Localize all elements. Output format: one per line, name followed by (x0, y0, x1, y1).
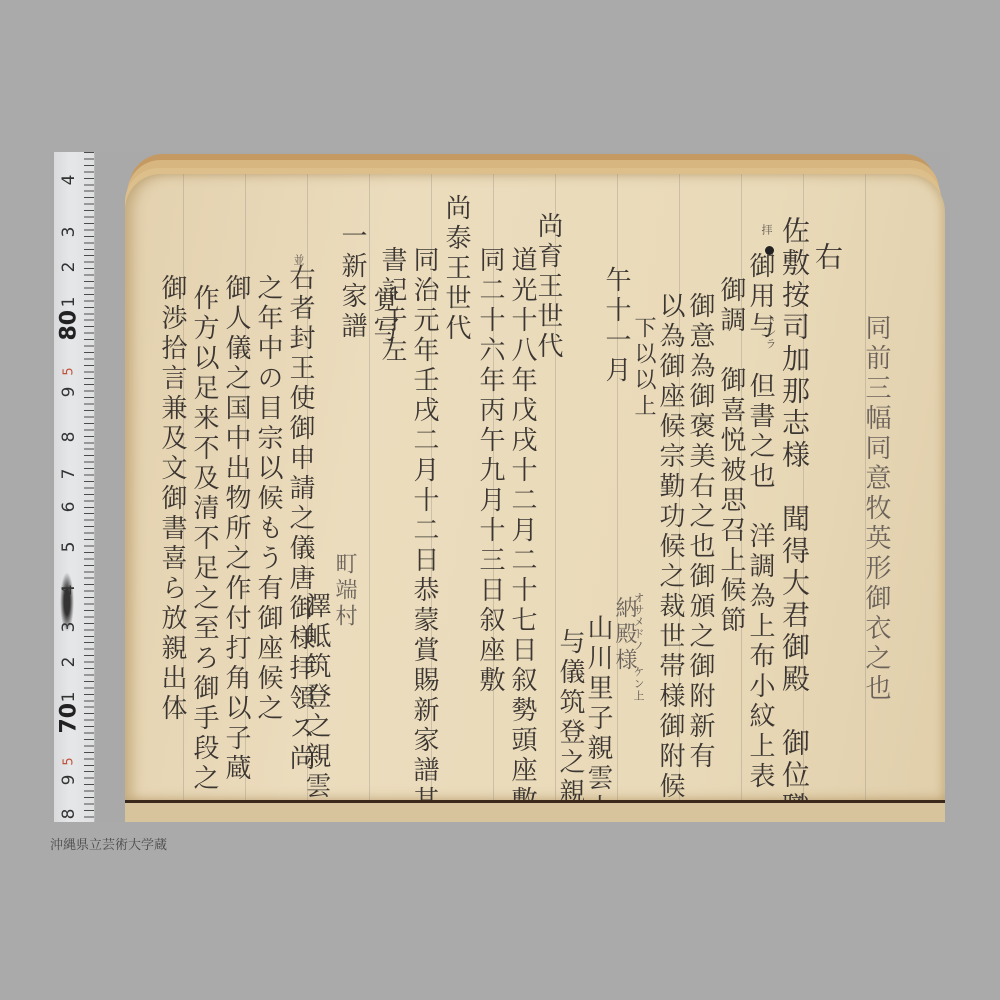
manuscript-column: 同治元年壬戌二月十二日恭蒙賞賜新家譜其 (411, 246, 437, 800)
manuscript-column: 尚泰王世代 (443, 194, 469, 344)
ruled-line (369, 174, 370, 800)
manuscript-column: 右 (813, 242, 841, 274)
manuscript-column: 作方以足来不及清不足之至ろ御手段之 (191, 284, 217, 794)
manuscript-column: 澤岻筑登之親雲上 (303, 592, 329, 800)
manuscript-column: 尚育王世代 (535, 212, 561, 362)
side-note: オサメドノ ケン上 (633, 592, 644, 702)
ruler-number: 8 (59, 426, 79, 448)
manuscript-column: 御意為御褒美右之也御頒之御附新有 (687, 292, 713, 772)
manuscript-column: 山川里子親雲上 (585, 614, 611, 800)
manuscript-column: 与儀筑登之親雲上 (557, 628, 583, 800)
head-note: 拝 (761, 224, 772, 236)
ruler-number: 2 (59, 651, 79, 673)
head-note: 町端村 (333, 552, 355, 630)
measuring-ruler: 4 3 2 1 80 5 9 8 7 6 5 4 3 2 1 70 5 9 8 (54, 152, 95, 822)
ruler-number: 7 (59, 463, 79, 485)
ruler-number: 80 (57, 319, 82, 341)
manuscript-column: 御人儀之国中出物所之作付打角以子蔵 (223, 274, 249, 784)
manuscript-column: 午十一月 (603, 266, 629, 386)
ruler-number: 3 (59, 221, 79, 243)
ruler-stain (60, 572, 74, 632)
page-bottom-edge (125, 800, 945, 822)
ruler-number: 6 (59, 496, 79, 518)
manuscript-column: 道光十八年戊戌十二月二十七日叙勢頭座敷 (509, 246, 535, 800)
ruler-number: 2 (59, 256, 79, 278)
manuscript-column: 御渉拾言兼及文御書喜ら放親出体 (159, 274, 185, 724)
side-note: トレラ (765, 314, 776, 350)
ruler-number: 8 (59, 803, 79, 822)
ink-blot (765, 246, 774, 255)
manuscript-column: 佐敷按司加那志様 聞得大君御殿 御位職 (780, 216, 808, 800)
ruler-number: 9 (59, 381, 79, 403)
manuscript-column: 以為御座候宗勤功候之裁世帯様御附候 (657, 292, 683, 800)
ruler-number: 9 (59, 769, 79, 791)
notebook: 同前三幅同意牧英形御衣之也 形 右 佐敷按司加那志様 聞得大君御殿 御位職 御用… (125, 152, 945, 822)
manuscript-column: 同前三幅同意牧英形御衣之也 (863, 314, 889, 704)
manuscript-column: 一新家譜 (339, 222, 365, 342)
manuscript-column: 同二十六年丙午九月十三日叙座敷 (477, 246, 503, 696)
manuscript-column: 御調 御喜悦被思召上候節 (718, 276, 744, 636)
collection-credit: 沖縄県立芸術大学蔵 (50, 834, 167, 853)
manuscript-column: 下以以上 (632, 316, 654, 420)
ruler-number: 5 (59, 536, 79, 558)
ruler-number: 4 (59, 169, 79, 191)
manuscript-column: 覚写 (371, 286, 397, 346)
archive-photo: 4 3 2 1 80 5 9 8 7 6 5 4 3 2 1 70 5 9 8 (50, 152, 950, 822)
notebook-page: 同前三幅同意牧英形御衣之也 形 右 佐敷按司加那志様 聞得大君御殿 御位職 御用… (125, 174, 945, 800)
manuscript-column: 之年中の目宗以候もう有御座候之 (255, 274, 281, 724)
ruler-number: 5 (62, 361, 77, 383)
ruler-number: 70 (57, 712, 82, 734)
